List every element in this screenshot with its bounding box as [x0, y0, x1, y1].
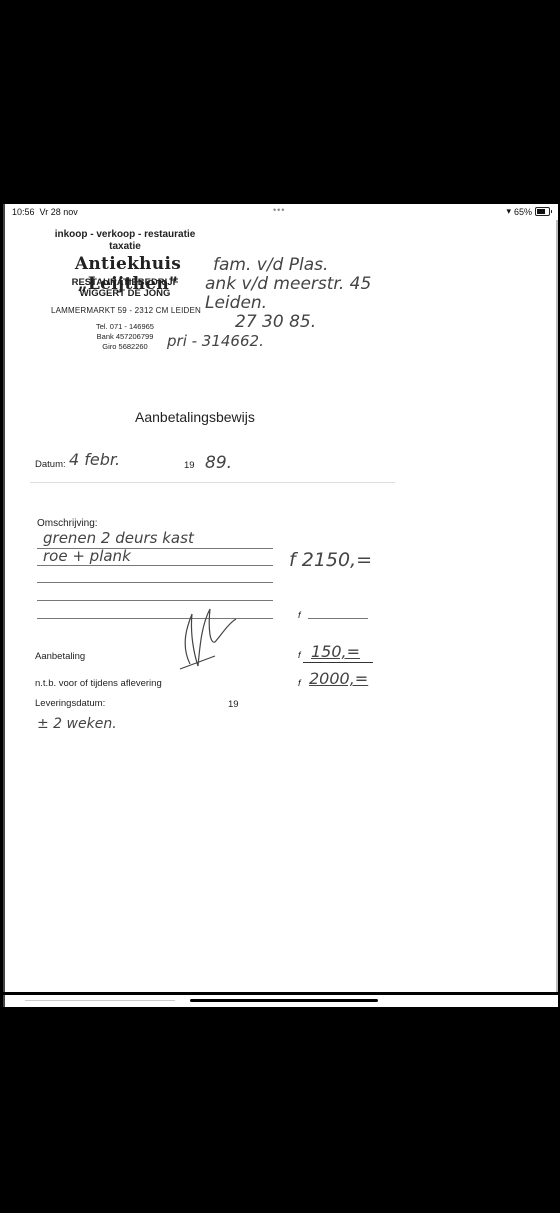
currency-f-2: f: [298, 650, 301, 661]
currency-f-3: f: [298, 678, 301, 689]
description-line-1: grenen 2 deurs kast: [43, 529, 194, 547]
letterhead-taxatie: taxatie: [35, 241, 215, 252]
viewer-screen: 10:56 Vr 28 nov ••• ▾ 65% inkoop - verko…: [3, 204, 558, 992]
aanbetaling-label: Aanbetaling: [35, 651, 85, 662]
tel: Tel. 071 - 146965: [35, 322, 215, 332]
letterhead-sub1: RESTAURATIEBEDRIJF: [35, 277, 215, 288]
aanbetaling-value: 150,=: [311, 642, 360, 661]
description-line-2: roe + plank: [43, 547, 131, 565]
customer-address-handwritten: fam. v/d Plas. ank v/d meerstr. 45 Leide…: [205, 256, 371, 351]
levering-label: Leveringsdatum:: [35, 698, 105, 709]
ntb-value: 2000,=: [309, 669, 368, 688]
letterhead-services: inkoop - verkoop - restauratie: [35, 229, 215, 240]
omschrijving-label: Omschrijving:: [37, 518, 98, 529]
year-value: 89.: [205, 453, 232, 473]
ntb-label: n.t.b. voor of tijdens aflevering: [35, 678, 162, 689]
form-title: Aanbetalingsbewijs: [135, 409, 255, 425]
levering-year-prefix: 19: [228, 699, 239, 710]
datum-label: Datum:: [35, 459, 66, 470]
datum-value: 4 febr.: [69, 450, 120, 469]
total-amount: f 2150,=: [289, 549, 372, 571]
receipt-document: inkoop - verkoop - restauratie taxatie A…: [5, 204, 558, 992]
currency-f-1: f: [298, 610, 301, 621]
letterhead-sub2: WIGGERT DE JONG: [35, 288, 215, 299]
home-indicator[interactable]: [190, 999, 378, 1002]
signature: [170, 594, 240, 674]
bottom-bar: [3, 995, 558, 1007]
letterhead-address: LAMMERMARKT 59 - 2312 CM LEIDEN: [31, 306, 221, 315]
year-prefix: 19: [184, 460, 195, 471]
levering-value: ± 2 weken.: [37, 716, 117, 732]
